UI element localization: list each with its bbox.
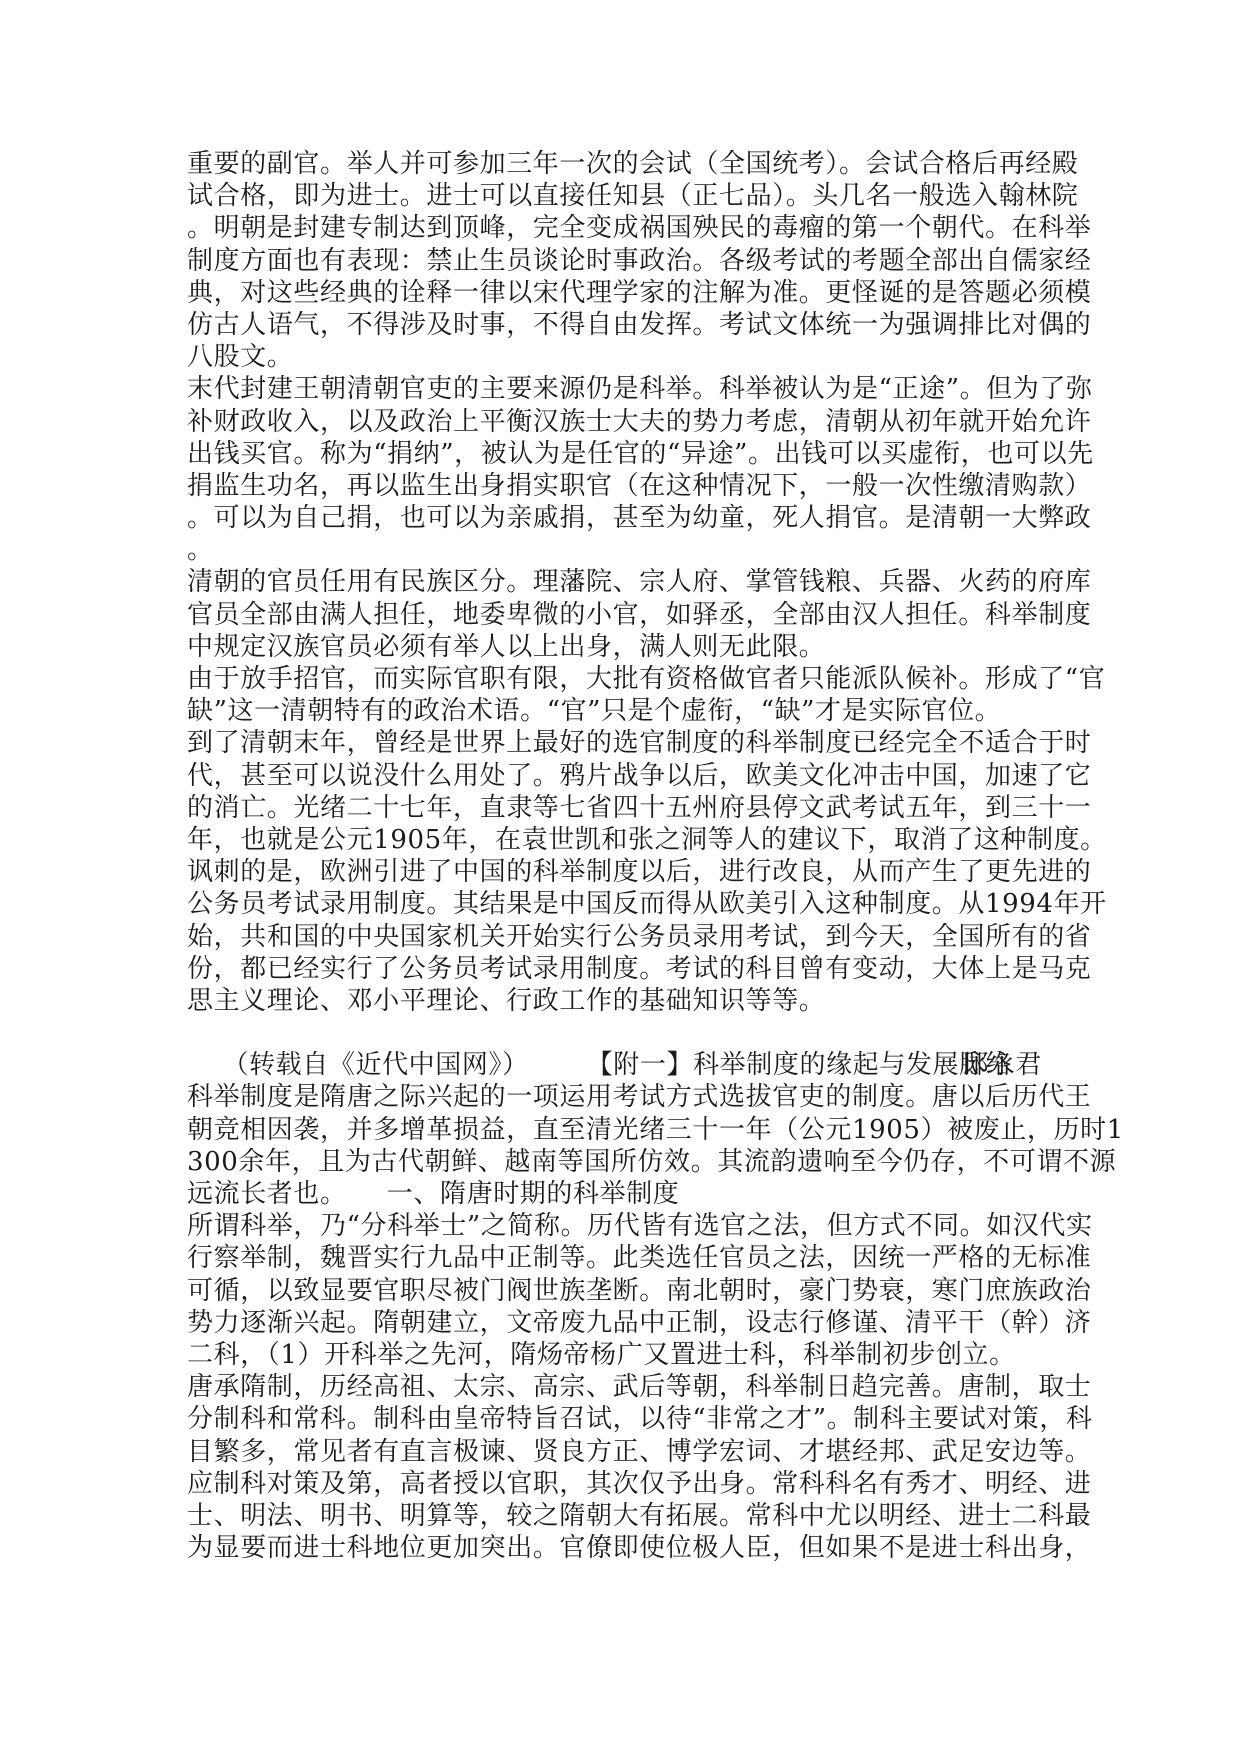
text-line: 末代封建王朝清朝官吏的主要来源仍是科举。科举被认为是“正途”。但为了弥 [187, 373, 1047, 405]
text-line: 制度方面也有表现：禁止生员谈论时事政治。各级考试的考题全部出自儒家经 [187, 245, 1047, 277]
text-line: 士、明法、明书、明算等，较之隋朝大有拓展。常科中尤以明经、进士二科最 [187, 1500, 1047, 1532]
text-line: 唐承隋制，历经高祖、太宗、高宗、武后等朝，科举制日趋完善。唐制，取士 [187, 1371, 1047, 1403]
text-line: 科举制度是隋唐之际兴起的一项运用考试方式选拔官吏的制度。唐以后历代王 [187, 1081, 1047, 1113]
text-line: 到了清朝末年，曾经是世界上最好的选官制度的科举制度已经完全不适合于时 [187, 727, 1047, 759]
text-line: 年，也就是公元1905年，在袁世凯和张之洞等人的建议下，取消了这种制度。 [187, 824, 1047, 856]
text-line: 八股文。 [187, 341, 1047, 373]
text-line: 分制科和常科。制科由皇帝特旨召试，以待“非常之才”。制科主要试对策，科 [187, 1403, 1047, 1435]
text-line: 捐监生功名，再以监生出身捐实职官（在这种情况下，一般一次性缴清购款） [187, 470, 1047, 502]
paragraph-ming-exams: 重要的副官。举人并可参加三年一次的会试（全国统考）。会试合格后再经殿 试合格，即… [187, 148, 1047, 373]
text-line: 补财政收入，以及政治上平衡汉族士大夫的势力考虑，清朝从初年就开始允许 [187, 406, 1047, 438]
text-line: 缺”这一清朝特有的政治术语。“官”只是个虚衔，“缺”才是实际官位。 [187, 695, 1047, 727]
text-line: 典，对这些经典的诠释一律以宋代理学家的注解为准。更怪诞的是答题必须模 [187, 277, 1047, 309]
text-line: 试合格，即为进士。进士可以直接任知县（正七品）。头几名一般选入翰林院 [187, 180, 1047, 212]
paragraph-civil-service: 讽刺的是，欧洲引进了中国的科举制度以后，进行改良，从而产生了更先进的 公务员考试… [187, 856, 1047, 1017]
text-line: 二科，（1）开科举之先河，隋炀帝杨广又置进士科，科举制初步创立。 [187, 1339, 1047, 1371]
text-line: 中规定汉族官员必须有举人以上出身，满人则无此限。 [187, 631, 1047, 663]
text-line: 官员全部由满人担任，地委卑微的小官，如驿丞，全部由汉人担任。科举制度 [187, 599, 1047, 631]
text-line: 。明朝是封建专制达到顶峰，完全变成祸国殃民的毒瘤的第一个朝代。在科举 [187, 212, 1047, 244]
text-line: 仿古人语气，不得涉及时事，不得自由发挥。考试文体统一为强调排比对偶的 [187, 309, 1047, 341]
paragraph-ethnic-distinction: 清朝的官员任用有民族区分。理藩院、宗人府、掌管钱粮、兵器、火药的府库 官员全部由… [187, 566, 1047, 663]
text-line: 份，都已经实行了公务员考试录用制度。考试的科目曾有变动，大体上是马克 [187, 953, 1047, 985]
text-line: 的消亡。光绪二十七年，直隶等七省四十五州府县停文武考试五年，到三十一 [187, 792, 1047, 824]
text-line: 。 [187, 534, 1047, 566]
text-line: 所谓科举，乃“分科举士”之简称。历代皆有选官之法，但方式不同。如汉代实 [187, 1210, 1047, 1242]
paragraph-qing-officials: 末代封建王朝清朝官吏的主要来源仍是科举。科举被认为是“正途”。但为了弥 补财政收… [187, 373, 1047, 566]
paragraph-keju-origin: 科举制度是隋唐之际兴起的一项运用考试方式选拔官吏的制度。唐以后历代王 朝竞相因袭… [187, 1081, 1047, 1210]
text-line: 讽刺的是，欧洲引进了中国的科举制度以后，进行改良，从而产生了更先进的 [187, 856, 1047, 888]
document-page: 重要的副官。举人并可参加三年一次的会试（全国统考）。会试合格后再经殿 试合格，即… [187, 148, 1047, 1564]
text-line: 重要的副官。举人并可参加三年一次的会试（全国统考）。会试合格后再经殿 [187, 148, 1047, 180]
text-line: 远流长者也。 一、隋唐时期的科举制度 [187, 1178, 1047, 1210]
text-line: 势力逐渐兴起。隋朝建立，文帝废九品中正制，设志行修谨、清平干（幹）济 [187, 1307, 1047, 1339]
paragraph-tang-keju: 唐承隋制，历经高祖、太宗、高宗、武后等朝，科举制日趋完善。唐制，取士 分制科和常… [187, 1371, 1047, 1564]
text-line: 行察举制，魏晋实行九品中正制等。此类选任官员之法，因统一严格的无标准 [187, 1242, 1047, 1274]
paragraph-sui-keju: 所谓科举，乃“分科举士”之简称。历代皆有选官之法，但方式不同。如汉代实 行察举制… [187, 1210, 1047, 1371]
text-line: 300余年，且为古代朝鲜、越南等国所仿效。其流韵遗响至今仍存，不可谓不源 [187, 1146, 1047, 1178]
author-name: 邸永君 [962, 1049, 1042, 1081]
appendix-title: 【附一】科举制度的缘起与发展脉络 [587, 1050, 1013, 1080]
text-line: 清朝的官员任用有民族区分。理藩院、宗人府、掌管钱粮、兵器、火药的府库 [187, 566, 1047, 598]
text-line: 应制科对策及第，高者授以官职，其次仅予出身。常科科名有秀才、明经、进 [187, 1468, 1047, 1500]
attribution-line: （转载自《近代中国网》）【附一】科举制度的缘起与发展脉络邸永君 [187, 1017, 1047, 1049]
paragraph-late-qing-abolition: 到了清朝末年，曾经是世界上最好的选官制度的科举制度已经完全不适合于时 代，甚至可… [187, 727, 1047, 856]
text-line: 思主义理论、邓小平理论、行政工作的基础知识等等。 [187, 985, 1047, 1017]
text-line: 出钱买官。称为“捐纳”，被认为是任官的“异途”。出钱可以买虚衔，也可以先 [187, 438, 1047, 470]
text-line: 可循，以致显要官职尽被门阀世族垄断。南北朝时，豪门势衰，寒门庶族政治 [187, 1275, 1047, 1307]
text-line: 公务员考试录用制度。其结果是中国反而得从欧美引入这种制度。从1994年开 [187, 888, 1047, 920]
source-credit: （转载自《近代中国网》） [222, 1050, 528, 1080]
text-line: 。可以为自己捐，也可以为亲戚捐，甚至为幼童，死人捐官。是清朝一大弊政 [187, 502, 1047, 534]
text-line: 由于放手招官，而实际官职有限，大批有资格做官者只能派队候补。形成了“官 [187, 663, 1047, 695]
text-line: 朝竞相因袭，并多增革损益，直至清光绪三十一年（公元1905）被废止，历时1 [187, 1114, 1047, 1146]
text-line: 目繁多，常见者有直言极谏、贤良方正、博学宏词、才堪经邦、武足安边等。 [187, 1436, 1047, 1468]
text-line: 始，共和国的中央国家机关开始实行公务员录用考试，到今天，全国所有的省 [187, 921, 1047, 953]
text-line: 代，甚至可以说没什么用处了。鸦片战争以后，欧美文化冲击中国，加速了它 [187, 760, 1047, 792]
text-line: 为显要而进士科地位更加突出。官僚即使位极人臣，但如果不是进士科出身， [187, 1532, 1047, 1564]
paragraph-guan-que: 由于放手招官，而实际官职有限，大批有资格做官者只能派队候补。形成了“官 缺”这一… [187, 663, 1047, 727]
